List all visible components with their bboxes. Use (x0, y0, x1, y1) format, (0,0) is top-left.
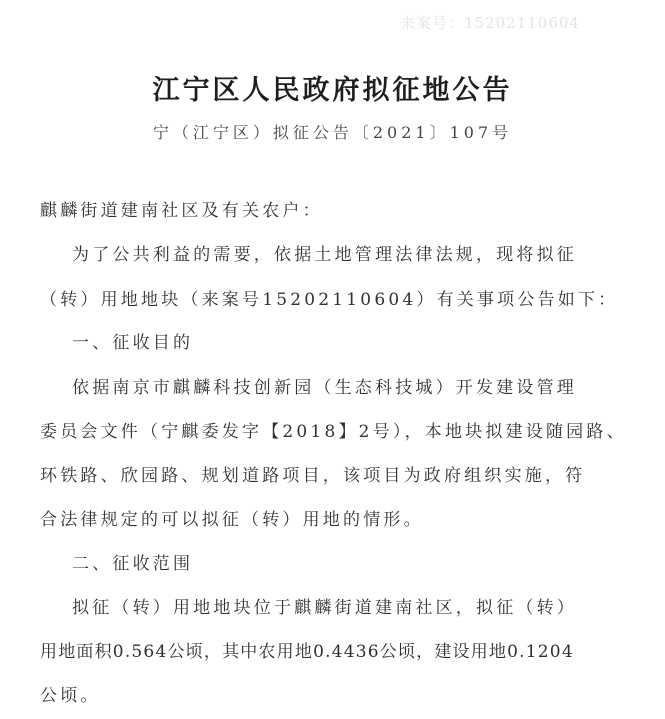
section2-heading: 二、征收范围 (72, 549, 193, 574)
section1-line-4: 合法律规定的可以拟征（转）用地的情形。 (40, 505, 424, 530)
section1-line-3: 环铁路、欣园路、规划道路项目，该项目为政府组织实施，符 (40, 461, 585, 486)
document-title: 江宁区人民政府拟征地公告 (0, 68, 665, 107)
watermark-case-number: 来案号：15202110604 (400, 12, 580, 33)
section2-line-2: 用地面积0.564公顷，其中农用地0.4436公顷，建设用地0.1204 (40, 637, 574, 662)
section2-line-3: 公顷。 (40, 681, 101, 706)
document-number: 宁（江宁区）拟征公告〔2021〕107号 (0, 120, 665, 143)
section1-heading: 一、征收目的 (72, 328, 193, 353)
section1-line-2: 委员会文件（宁麒委发字【2018】2号），本地块拟建设随园路、 (40, 417, 627, 442)
intro-line-1: 为了公共利益的需要，依据土地管理法律法规，现将拟征 (72, 240, 577, 265)
section1-line-1: 依据南京市麒麟科技创新园（生态科技城）开发建设管理 (72, 373, 577, 398)
intro-line-2: （转）用地地块（来案号15202110604）有关事项公告如下： (40, 285, 618, 310)
addressee: 麒麟街道建南社区及有关农户： (40, 196, 323, 221)
section2-line-1: 拟征（转）用地地块位于麒麟街道建南社区，拟征（转） (72, 593, 577, 618)
